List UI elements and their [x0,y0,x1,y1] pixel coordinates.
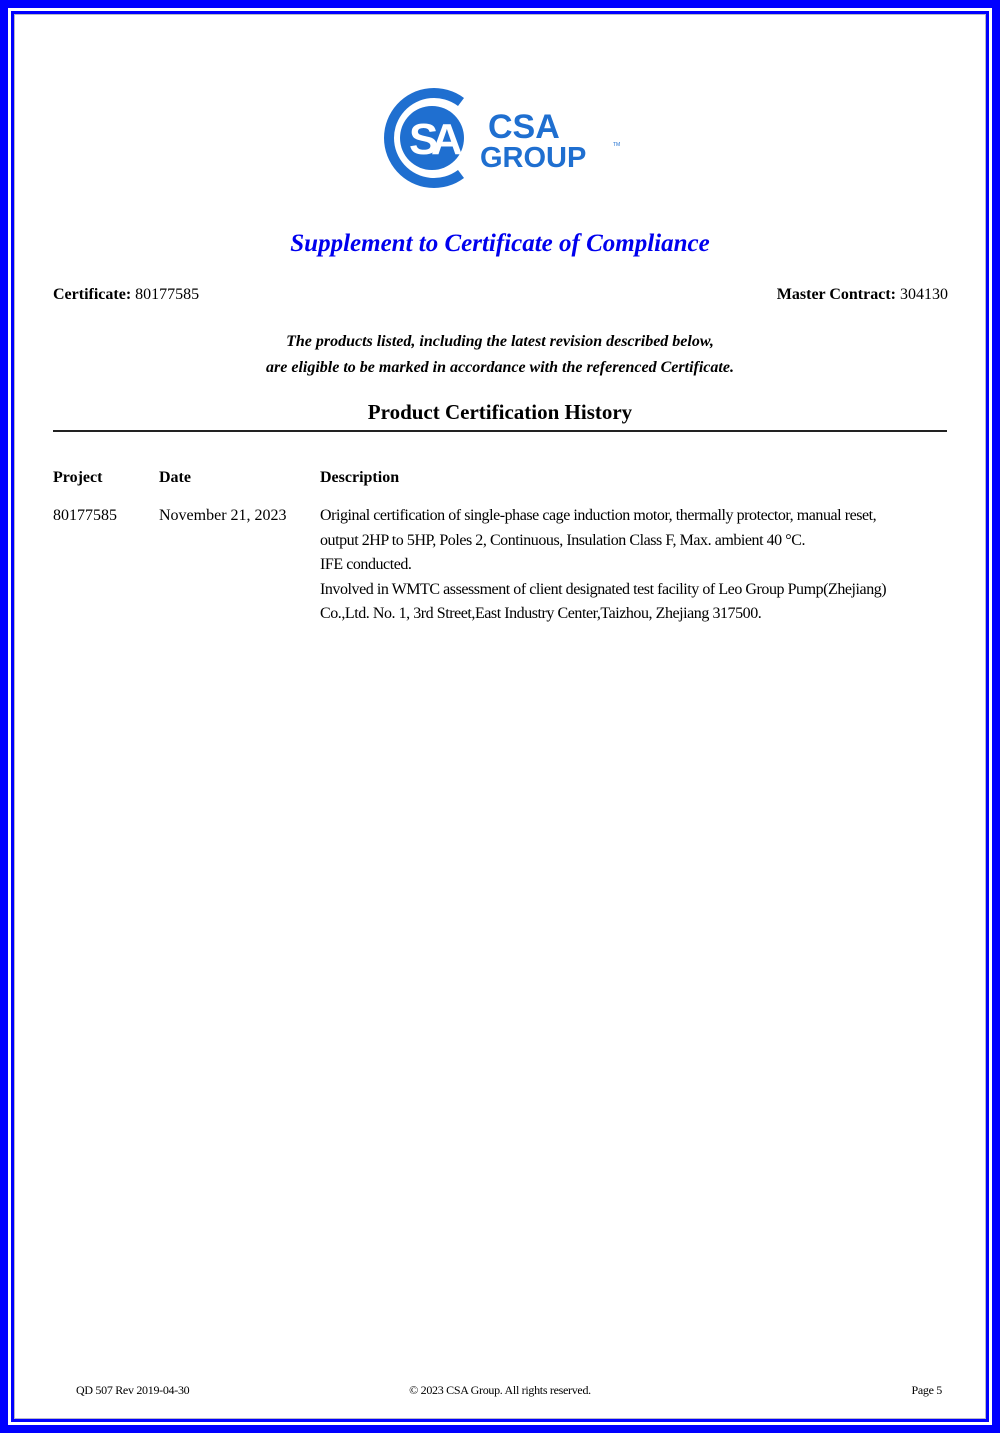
logo-brand-line1: CSA [488,108,560,146]
certificate-label: Certificate: [53,286,131,303]
certificate-page: S A CSA GROUP TM Supplement to Certifica… [0,0,1000,1433]
logo-brand-line2: GROUP [480,142,586,174]
column-header-description: Description [320,469,950,487]
history-heading: Product Certification History [0,400,1000,425]
eligibility-statement: The products listed, including the lates… [0,329,1000,381]
column-header-date: Date [159,469,191,487]
description-line: Involved in WMTC assessment of client de… [320,578,950,603]
column-header-project: Project [53,469,102,487]
row-description: Original certification of single-phase c… [320,504,950,627]
master-contract: Master Contract: 304130 [777,286,948,304]
master-contract-value: 304130 [900,286,948,303]
document-title: Supplement to Certificate of Compliance [0,230,1000,258]
heading-divider [53,430,947,432]
csa-group-logo: S A CSA GROUP TM [376,86,626,190]
eligibility-line-2: are eligible to be marked in accordance … [0,355,1000,381]
description-line: output 2HP to 5HP, Poles 2, Continuous, … [320,529,950,554]
logo-trademark: TM [613,142,620,148]
description-line: Original certification of single-phase c… [320,504,950,529]
footer-copyright: © 2023 CSA Group. All rights reserved. [0,1383,1000,1398]
row-date: November 21, 2023 [159,504,287,529]
svg-text:A: A [431,115,463,164]
row-project: 80177585 [53,504,117,529]
description-line: Co.,Ltd. No. 1, 3rd Street,East Industry… [320,602,950,627]
description-line: IFE conducted. [320,553,950,578]
eligibility-line-1: The products listed, including the lates… [0,329,1000,355]
master-contract-label: Master Contract: [777,286,896,303]
certificate-number: Certificate: 80177585 [53,286,199,304]
certificate-value: 80177585 [135,286,199,303]
footer-page-number: Page 5 [911,1383,942,1398]
